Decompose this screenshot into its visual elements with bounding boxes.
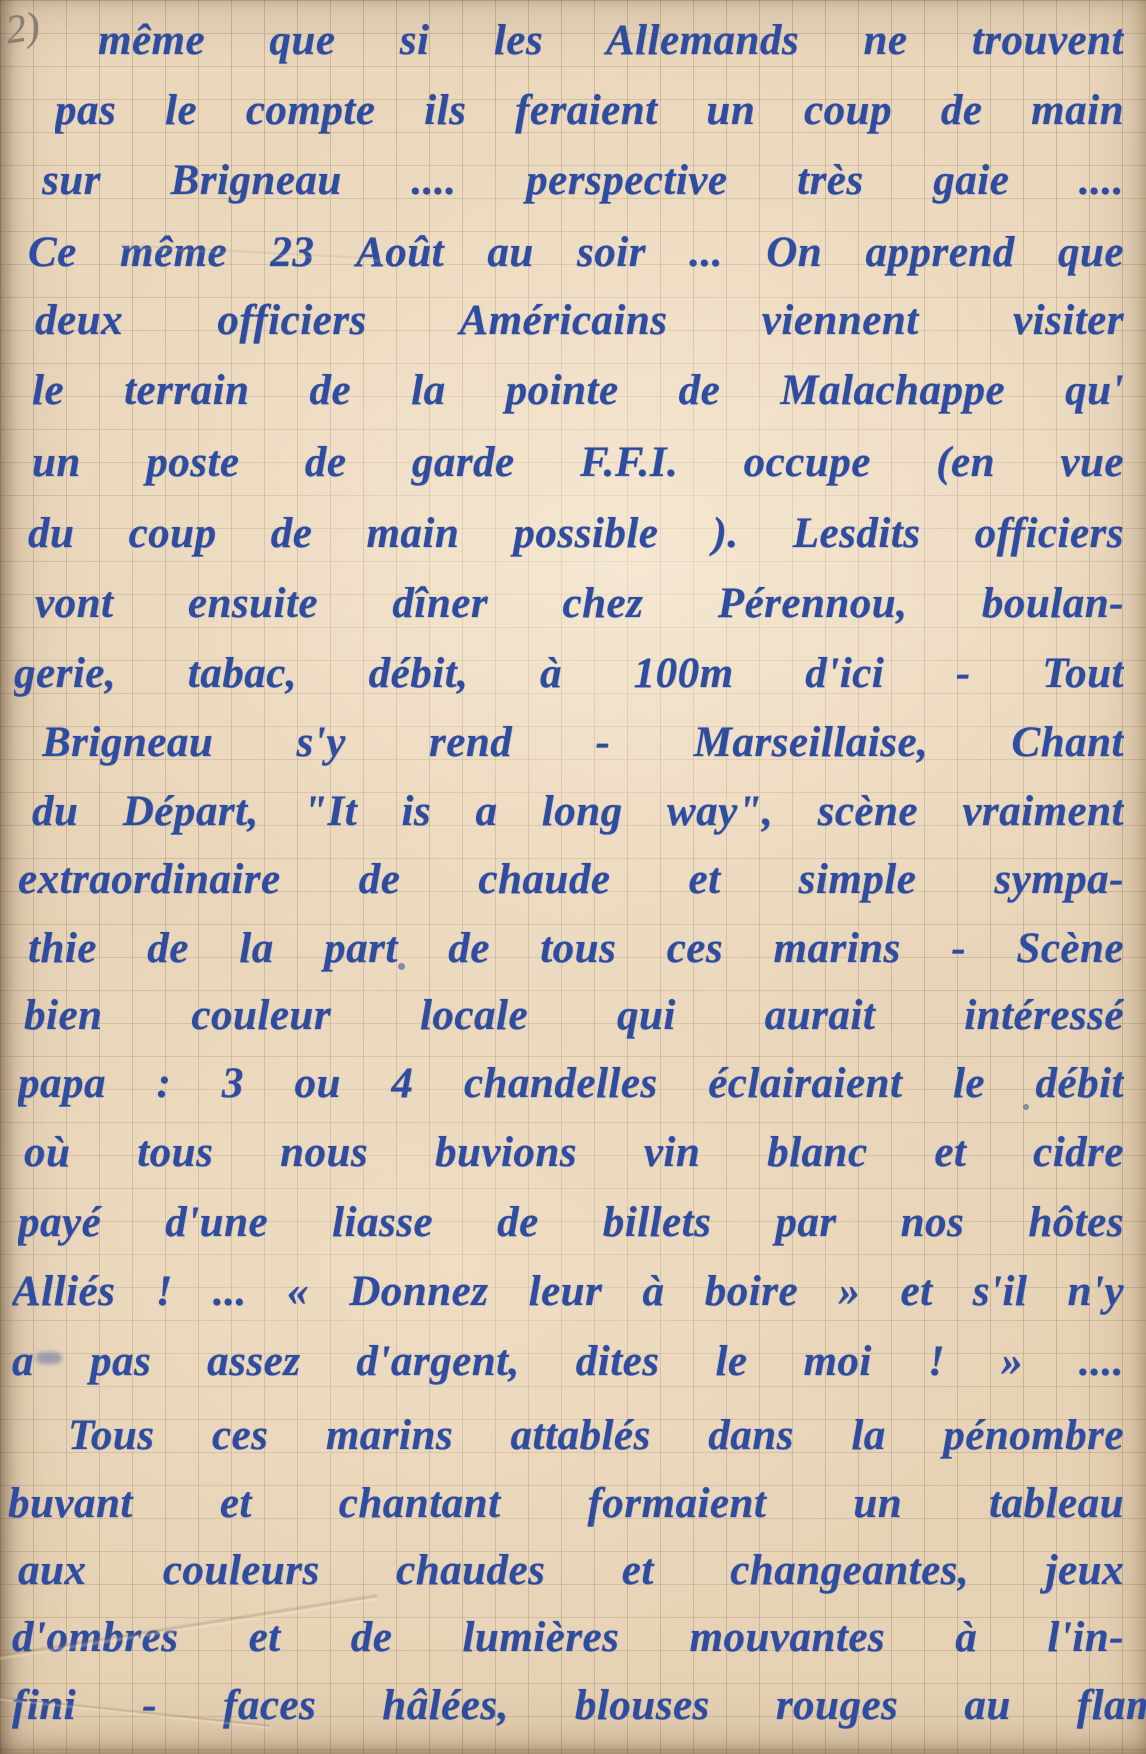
handwriting-line: Alliés ! ... « Donnez leur à boire » et … <box>12 1263 1124 1325</box>
ink-speck <box>398 963 405 970</box>
handwriting-line: a pas assez d'argent, dites le moi ! » .… <box>12 1333 1124 1395</box>
handwriting-line: même que si les Allemands ne trouvent <box>98 12 1124 74</box>
handwriting-line: gerie, tabac, débit, à 100m d'ici - Tout <box>14 645 1124 707</box>
handwriting-line: pas le compte ils feraient un coup de ma… <box>55 82 1124 144</box>
handwriting-line: papa : 3 ou 4 chandelles éclairaient le … <box>18 1055 1124 1117</box>
handwriting-line: deux officiers Américains viennent visit… <box>35 292 1124 354</box>
ink-speck <box>1023 1104 1029 1110</box>
ink-smudge <box>36 1352 62 1364</box>
handwriting-line: extraordinaire de chaude et simple sympa… <box>18 851 1124 913</box>
notebook-page: 2) même que si les Allemands ne trouvent… <box>0 0 1146 1754</box>
handwriting-line: aux couleurs chaudes et changeantes, jeu… <box>18 1542 1124 1604</box>
handwriting-line: sur Brigneau .... perspective très gaie … <box>42 152 1124 214</box>
handwriting-line: Brigneau s'y rend - Marseillaise, Chant <box>42 714 1124 776</box>
handwriting-line: buvant et chantant formaient un tableau <box>8 1475 1124 1537</box>
handwriting-line: payé d'une liasse de billets par nos hôt… <box>18 1194 1124 1256</box>
handwriting-line: du Départ, "It is a long way", scène vra… <box>32 783 1124 845</box>
handwriting-line: d'ombres et de lumières mouvantes à l'in… <box>12 1609 1124 1671</box>
handwriting-line: un poste de garde F.F.I. occupe (en vue <box>32 434 1124 496</box>
handwriting-line: Ce même 23 Août au soir ... On apprend q… <box>28 224 1124 286</box>
handwriting-line: où tous nous buvions vin blanc et cidre <box>24 1124 1124 1186</box>
handwriting-line: thie de la part de tous ces marins - Scè… <box>28 920 1124 982</box>
handwriting-line: vont ensuite dîner chez Pérennou, boulan… <box>35 575 1124 637</box>
handwriting-line: le terrain de la pointe de Malachappe qu… <box>32 362 1124 424</box>
handwriting-line: fini - faces hâlées, blouses rouges au f… <box>12 1677 1146 1739</box>
handwriting-line: du coup de main possible ). Lesdits offi… <box>28 505 1124 567</box>
handwriting-line: bien couleur locale qui aurait intéressé <box>24 987 1124 1049</box>
handwriting-line: Tous ces marins attablés dans la pénombr… <box>68 1407 1124 1469</box>
page-number: 2) <box>3 2 43 53</box>
